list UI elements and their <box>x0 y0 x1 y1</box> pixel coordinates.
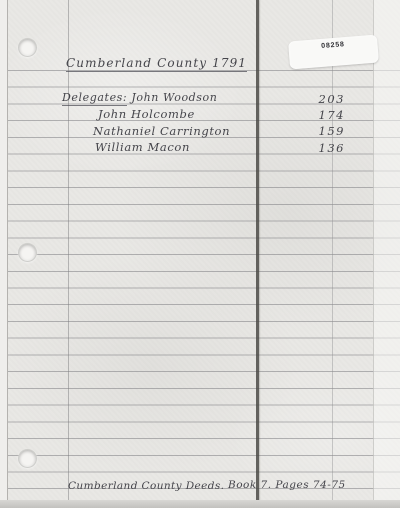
delegate-votes-2: 174 <box>299 108 345 122</box>
delegate-votes-4: 136 <box>299 141 345 155</box>
punch-hole-middle <box>18 243 37 262</box>
page-bottom-edge <box>0 500 400 508</box>
delegate-row-1: Delegates: John Woodson <box>62 91 217 105</box>
right-column-rule <box>332 0 333 502</box>
delegate-votes-1: 203 <box>299 92 345 106</box>
delegate-row-2: John Holcombe <box>98 107 195 121</box>
left-margin-rule <box>68 0 69 502</box>
punch-hole-top <box>18 38 37 57</box>
delegate-row-4: William Macon <box>95 140 190 154</box>
punch-hole-bottom <box>18 449 37 468</box>
source-citation: Cumberland County Deeds. <box>68 479 224 493</box>
book-page-reference: Book 7. Pages 74-75 <box>228 478 346 492</box>
center-column-rule <box>256 0 259 502</box>
delegate-name: John Woodson <box>131 91 217 104</box>
delegate-votes-3: 159 <box>299 124 345 138</box>
delegate-name: William Macon <box>95 140 190 154</box>
page-left-edge <box>0 0 8 508</box>
page-title: Cumberland County 1791 <box>66 56 247 70</box>
scanned-document-page: 08258 Cumberland County 1791 Delegates: … <box>0 0 400 508</box>
delegate-name: Nathaniel Carrington <box>93 124 230 138</box>
delegates-label: Delegates: <box>62 91 127 106</box>
catalog-number: 08258 <box>288 39 377 53</box>
delegate-name: John Holcombe <box>98 107 195 121</box>
delegate-row-3: Nathaniel Carrington <box>93 124 230 138</box>
page-right-edge <box>373 0 400 508</box>
